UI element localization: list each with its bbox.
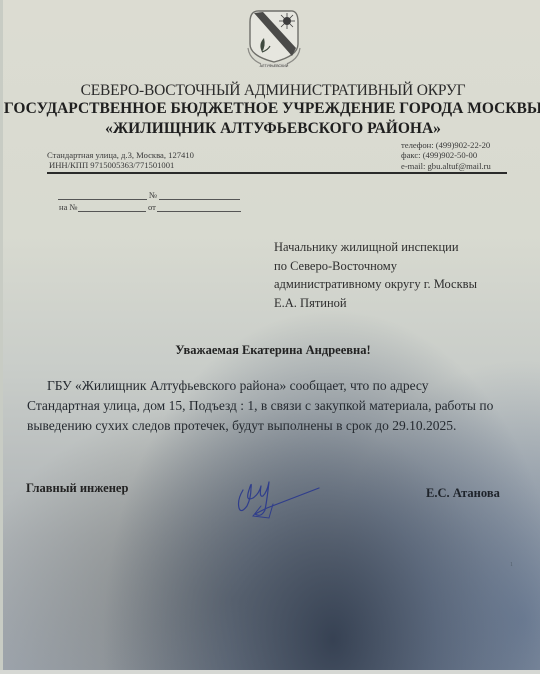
ref-number-line (78, 211, 146, 212)
addressee-line: Начальнику жилищной инспекции (274, 238, 477, 257)
addressee-line: Е.А. Пятиной (274, 294, 477, 313)
letterhead-divider (47, 172, 507, 174)
page-edge (0, 670, 540, 674)
org-address: Стандартная улица, д.3, Москва, 127410 (47, 150, 194, 160)
salutation: Уважаемая Екатерина Андреевна! (3, 343, 540, 358)
document-page: АЛТУФЬЕВСКИЙ СЕВЕРО-ВОСТОЧНЫЙ АДМИНИСТРА… (3, 0, 540, 670)
addressee-block: Начальнику жилищной инспекции по Северо-… (274, 238, 477, 312)
number-label: № (149, 190, 157, 200)
okrug-title: СЕВЕРО-ВОСТОЧНЫЙ АДМИНИСТРАТИВНЫЙ ОКРУГ (3, 82, 540, 100)
addressee-line: по Северо-Восточному (274, 257, 477, 276)
body-line: Стандартная улица, дом 15, Подъезд : 1, … (27, 396, 539, 416)
ref-number-label: на № (59, 202, 78, 212)
outgoing-number-line (159, 199, 240, 200)
org-email: e-mail: gbu.altuf@mail.ru (401, 161, 491, 171)
addressee-line: административному округу г. Москвы (274, 275, 477, 294)
handwritten-signature (231, 470, 331, 525)
signer-name: Е.С. Атанова (426, 486, 500, 501)
institution-title: ГОСУДАРСТВЕННОЕ БЮДЖЕТНОЕ УЧРЕЖДЕНИЕ ГОР… (3, 100, 540, 118)
page-mark: 1 (510, 562, 513, 568)
letter-body: ГБУ «Жилищник Алтуфьевского района» сооб… (27, 376, 539, 436)
org-fax: факс: (499)902-50-00 (401, 150, 477, 160)
body-line: ГБУ «Жилищник Алтуфьевского района» сооб… (27, 376, 539, 396)
outgoing-date-line (58, 199, 147, 200)
svg-text:АЛТУФЬЕВСКИЙ: АЛТУФЬЕВСКИЙ (260, 64, 289, 68)
ref-date-line (157, 211, 241, 212)
ref-date-label: от (148, 202, 156, 212)
body-line: выведению сухих следов протечек, будут в… (27, 416, 539, 436)
org-inn-kpp: ИНН/КПП 9715005363/771501001 (49, 160, 174, 170)
organization-name: «ЖИЛИЩНИК АЛТУФЬЕВСКОГО РАЙОНА» (3, 120, 540, 138)
coat-of-arms-icon: АЛТУФЬЕВСКИЙ (246, 8, 302, 70)
org-phone: телефон: (499)902-22-20 (401, 140, 490, 150)
signer-position: Главный инженер (26, 481, 128, 496)
